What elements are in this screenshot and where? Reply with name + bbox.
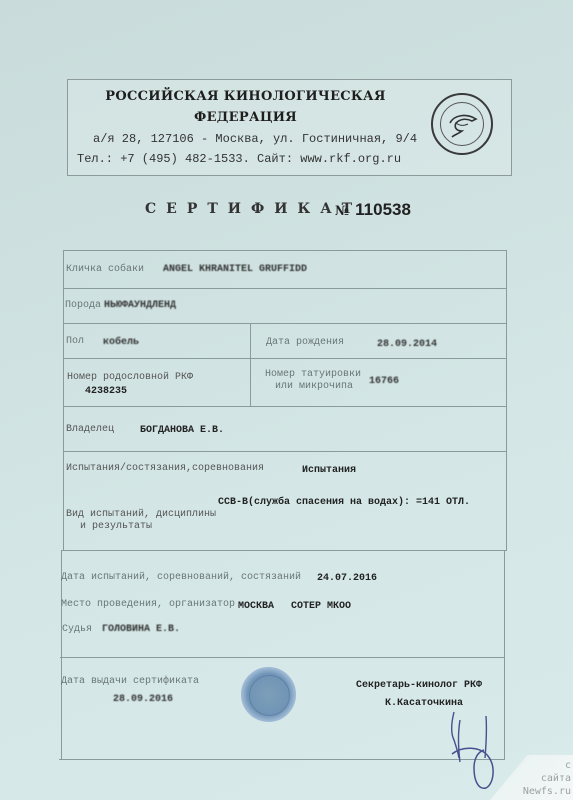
pedigree-value: 4238235 <box>85 386 127 397</box>
tattoo-label-line2: или микрочипа <box>275 381 353 392</box>
pedigree-label: Номер родословной РКФ <box>67 372 193 383</box>
watermark-line3: Newfs.ru <box>523 785 571 799</box>
issue-date-value: 28.09.2016 <box>113 694 173 705</box>
owner-value: БОГДАНОВА Е.В. <box>140 425 224 436</box>
tattoo-value: 16766 <box>369 376 399 387</box>
org-name-line2: ФЕДЕРАЦИЯ <box>68 110 423 125</box>
discipline-label-line1: Вид испытаний, дисциплины <box>66 509 216 520</box>
judge-value: ГОЛОВИНА Е.В. <box>102 624 180 635</box>
birth-date-label: Дата рождения <box>266 337 344 348</box>
sex-label: Пол <box>66 336 84 347</box>
place-label: Место проведения, организатор <box>61 599 235 610</box>
breed-label: Порода <box>65 300 101 311</box>
discipline-label-line2: и результаты <box>80 521 152 532</box>
issue-date-label: Дата выдачи сертификата <box>61 676 199 687</box>
event-type-label: Испытания/состязания,соревнования <box>66 463 264 474</box>
discipline-result-value: ССВ-В(служба спасения на водах): =141 ОТ… <box>218 497 470 508</box>
organizer-value: СОТЕР МКОО <box>291 601 351 612</box>
certificate-number: №110538 <box>335 200 411 220</box>
org-name-line1: РОССИЙСКАЯ КИНОЛОГИЧЕСКАЯ <box>68 89 423 104</box>
event-type-value: Испытания <box>302 465 356 476</box>
signature-icon <box>440 710 520 790</box>
birth-date-value: 28.09.2014 <box>377 339 437 350</box>
place-value: МОСКВА <box>238 601 274 612</box>
watermark-line2: сайта <box>541 772 571 786</box>
certificate-title: СЕРТИФИКАТ <box>145 201 362 217</box>
rkf-dog-emblem-icon <box>431 93 493 155</box>
event-date-value: 24.07.2016 <box>317 573 377 584</box>
sex-value: кобель <box>103 337 139 348</box>
event-date-label: Дата испытаний, соревнований, состязаний <box>61 572 301 583</box>
secretary-title: Секретарь-кинолог РКФ <box>356 680 482 691</box>
owner-label: Владелец <box>66 424 114 435</box>
rkf-round-stamp-icon <box>241 667 296 722</box>
breed-value: НЬЮФАУНДЛЕНД <box>104 300 176 311</box>
watermark-line1: с <box>565 759 571 773</box>
org-contacts: Тел.: +7 (495) 482-1533. Сайт: www.rkf.o… <box>77 152 401 166</box>
secretary-name: К.Касаточкина <box>385 698 463 709</box>
dog-name-label: Кличка собаки <box>66 264 144 275</box>
dog-name-value: ANGEL KHRANITEL GRUFFIDD <box>163 264 307 275</box>
judge-label: Судья <box>62 624 92 635</box>
number-sign: № <box>335 204 349 219</box>
org-address: а/я 28, 127106 - Москва, ул. Гостиничная… <box>93 132 417 146</box>
certificate-number-value: 110538 <box>355 200 411 219</box>
tattoo-label-line1: Номер татуировки <box>265 369 361 380</box>
